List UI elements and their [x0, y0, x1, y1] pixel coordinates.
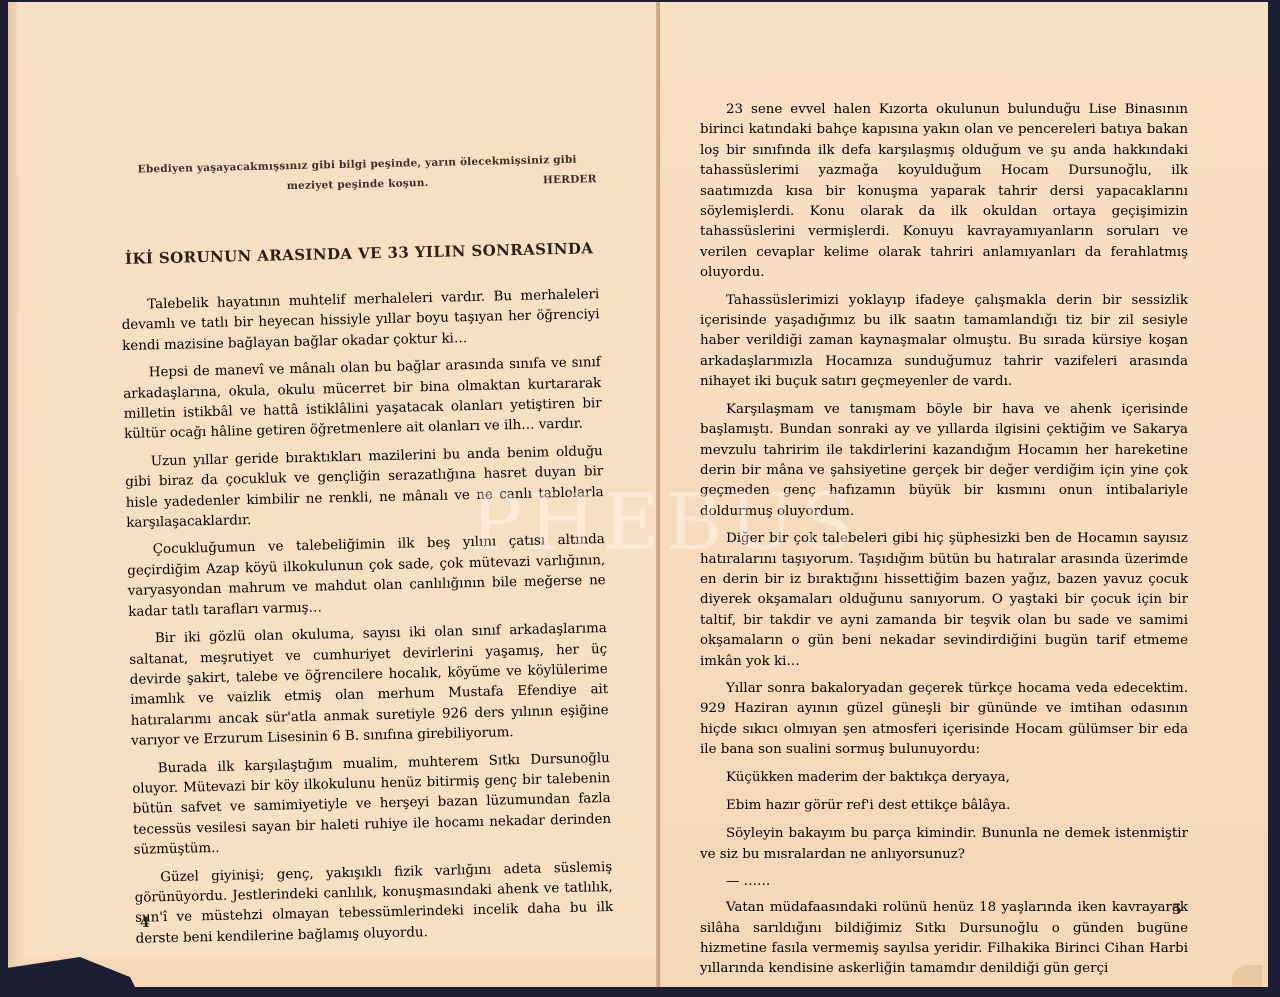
page-number-left: 4: [140, 915, 150, 931]
verse-line: Ebim hazır görür ref'i dest ettikçe bâlâ…: [700, 796, 1188, 816]
question-paragraph: Söyleyin bakayım bu parça kimindir. Bunu…: [700, 824, 1188, 865]
left-paragraphs: Talebelik hayatının muhtelif merhaleleri…: [121, 285, 614, 950]
paragraph: Uzun yıllar geride bıraktıkları mazileri…: [125, 442, 605, 534]
paragraph: Diğer bir çok talebeleri gibi hiç şüphes…: [700, 529, 1188, 672]
paragraph: Karşılaşmam ve tanışmam böyle bir hava v…: [700, 400, 1188, 522]
paragraph: Burada ilk karşılaştığım mualim, muhtere…: [132, 749, 612, 862]
page-corner-wear: [1232, 965, 1262, 987]
paragraph: Çocukluğumun ve talebeliğimin ilk beş yı…: [127, 531, 607, 623]
paragraph: Yıllar sonra bakaloryadan geçerek türkçe…: [700, 679, 1188, 761]
left-page-text: Ebediyen yaşayacakmışsınız gibi bilgi pe…: [118, 149, 614, 957]
right-page-text: 23 sene evvel halen Kızorta okulunun bul…: [700, 100, 1188, 987]
paragraph: Tahassüslerimizi yoklayıp ifadeye çalışm…: [700, 291, 1188, 393]
paragraph: 23 sene evvel halen Kızorta okulunun bul…: [700, 100, 1188, 284]
paragraph: Güzel giyinişi; genç, yakışıklı fizik va…: [134, 858, 614, 950]
epigraph-author: HERDER: [543, 169, 597, 190]
chapter-title: İKİ SORUNUN ARASINDA VE 33 YILIN SONRASI…: [120, 239, 598, 268]
paragraph: Talebelik hayatının muhtelif merhaleleri…: [121, 285, 600, 357]
answer-dash: — ……: [700, 872, 1188, 892]
paragraph: Bir iki gözlü olan okuluma, sayısı iki o…: [129, 619, 610, 752]
paragraph: Vatan müdafaasındaki rolünü henüz 18 yaş…: [700, 898, 1188, 980]
page-number-right: 5: [1172, 902, 1182, 918]
paragraph: Hepsi de manevî ve mânalı olan bu bağlar…: [123, 353, 603, 445]
verse-line: Küçükken maderim der baktıkça deryaya,: [700, 768, 1188, 788]
